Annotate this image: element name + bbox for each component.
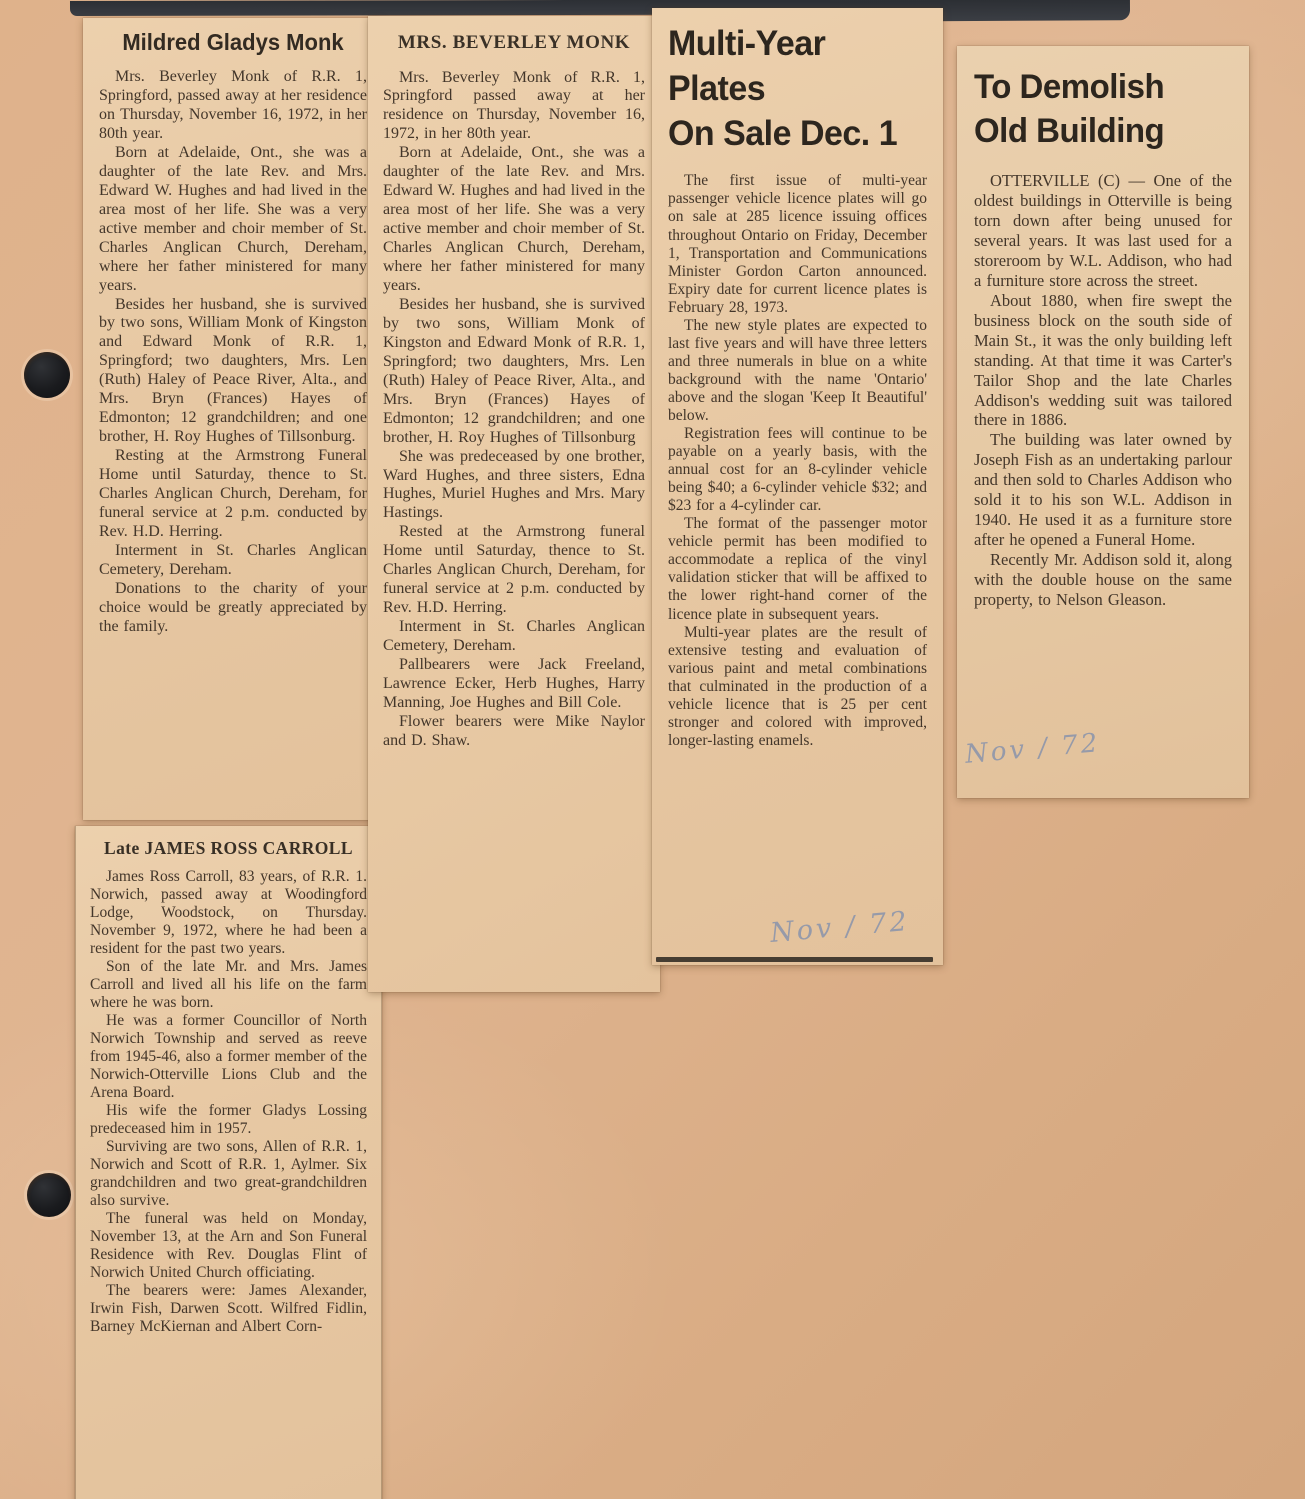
- clipping-bottom-rule: [656, 957, 933, 962]
- clipping-multi-year-plates: Multi-Year Plates On Sale Dec. 1 The fir…: [652, 8, 943, 965]
- article-paragraph: Born at Adelaide, Ont., she was a daught…: [99, 144, 367, 296]
- clipping-mrs-beverley-monk: MRS. BEVERLEY MONK Mrs. Beverley Monk of…: [368, 16, 660, 992]
- article-paragraph: Pallbearers were Jack Freeland, Lawrence…: [383, 656, 645, 713]
- article-paragraph: She was predeceased by one brother, Ward…: [383, 448, 645, 524]
- article-paragraph: Registration fees will continue to be pa…: [668, 425, 927, 515]
- article-paragraph: James Ross Carroll, 83 years, of R.R. 1.…: [90, 868, 367, 958]
- article-body: OTTERVILLE (C) — One of the oldest build…: [974, 171, 1232, 610]
- article-paragraph: About 1880, when fire swept the business…: [974, 291, 1232, 431]
- hole-punch-top: [24, 352, 70, 398]
- article-paragraph: The first issue of multi-year passenger …: [668, 172, 927, 316]
- headline-line-1: Multi-Year Plates: [668, 22, 919, 112]
- clipping-mildred-gladys-monk: Mildred Gladys Monk Mrs. Beverley Monk o…: [83, 18, 384, 820]
- headline-james-ross-carroll: Late JAMES ROSS CARROLL: [90, 838, 367, 858]
- clipping-to-demolish-old-building: To Demolish Old Building OTTERVILLE (C) …: [957, 46, 1249, 798]
- article-body: Mrs. Beverley Monk of R.R. 1, Springford…: [383, 69, 645, 751]
- article-paragraph: Besides her husband, she is survived by …: [99, 296, 367, 448]
- article-body: James Ross Carroll, 83 years, of R.R. 1.…: [90, 868, 367, 1335]
- article-paragraph: His wife the former Gladys Lossing prede…: [90, 1102, 367, 1138]
- clipping-james-ross-carroll: Late JAMES ROSS CARROLL James Ross Carro…: [75, 826, 382, 1499]
- hole-punch-bottom: [27, 1173, 71, 1217]
- article-body: The first issue of multi-year passenger …: [668, 172, 927, 750]
- handwritten-date-note: Nov / 72: [769, 906, 911, 950]
- article-paragraph: The building was later owned by Joseph F…: [974, 430, 1232, 550]
- article-paragraph: Born at Adelaide, Ont., she was a daught…: [383, 144, 645, 296]
- article-body: Mrs. Beverley Monk of R.R. 1, Springford…: [99, 68, 367, 637]
- article-paragraph: Multi-year plates are the result of exte…: [668, 624, 927, 750]
- headline-mildred-gladys-monk: Mildred Gladys Monk: [99, 30, 367, 57]
- article-paragraph: Son of the late Mr. and Mrs. James Carro…: [90, 958, 367, 1012]
- headline-line-1: To Demolish: [974, 66, 1224, 110]
- article-paragraph: The format of the passenger motor vehicl…: [668, 515, 927, 623]
- article-paragraph: Rested at the Armstrong funeral Home unt…: [383, 523, 645, 618]
- article-paragraph: Besides her husband, she is survived by …: [383, 296, 645, 448]
- article-paragraph: The funeral was held on Monday, November…: [90, 1210, 367, 1282]
- handwritten-date-note: Nov / 72: [964, 728, 1102, 771]
- headline-multi-year-plates: Multi-Year Plates On Sale Dec. 1: [668, 22, 927, 156]
- article-paragraph: Interment in St. Charles Anglican Cemete…: [99, 542, 367, 580]
- headline-mrs-beverley-monk: MRS. BEVERLEY MONK: [383, 32, 645, 55]
- headline-line-2: On Sale Dec. 1: [668, 112, 919, 157]
- article-paragraph: Interment in St. Charles Anglican Cemete…: [383, 618, 645, 656]
- article-paragraph: The new style plates are expected to las…: [668, 317, 927, 425]
- article-paragraph: OTTERVILLE (C) — One of the oldest build…: [974, 171, 1232, 291]
- article-paragraph: Surviving are two sons, Allen of R.R. 1,…: [90, 1138, 367, 1210]
- headline-to-demolish-old-building: To Demolish Old Building: [974, 66, 1232, 153]
- article-paragraph: The bearers were: James Alexander, Irwin…: [90, 1282, 367, 1336]
- article-paragraph: Resting at the Armstrong Funeral Home un…: [99, 447, 367, 542]
- article-paragraph: Recently Mr. Addison sold it, along with…: [974, 550, 1232, 610]
- article-paragraph: He was a former Councillor of North Norw…: [90, 1012, 367, 1102]
- scrapbook-page: Mildred Gladys Monk Mrs. Beverley Monk o…: [0, 0, 1305, 1499]
- article-paragraph: Donations to the charity of your choice …: [99, 580, 367, 637]
- article-paragraph: Flower bearers were Mike Naylor and D. S…: [383, 713, 645, 751]
- article-paragraph: Mrs. Beverley Monk of R.R. 1, Springford…: [99, 68, 367, 144]
- article-paragraph: Mrs. Beverley Monk of R.R. 1, Springford…: [383, 69, 645, 145]
- headline-line-2: Old Building: [974, 110, 1224, 154]
